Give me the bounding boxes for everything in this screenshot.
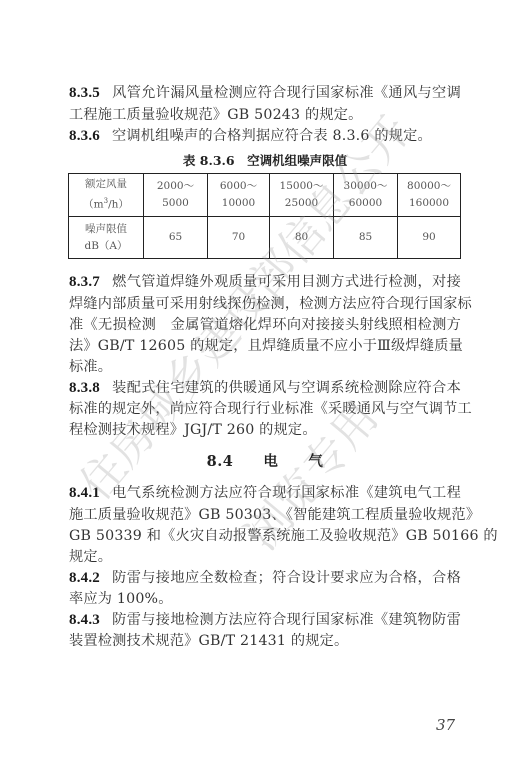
clause-text: 防雷与接地应全数检查；符合设计要求应为合格，合格 (112, 570, 461, 586)
clause-text: 电气系统检测方法应符合现行国家标准《建筑电气工程 (112, 485, 461, 501)
unit-pre: （m (83, 199, 103, 211)
clause-8-3-7-line-4: 法》GB/T 12605 的规定，且焊缝质量不应小于Ⅲ级焊缝质量 (69, 335, 461, 357)
table-caption: 表 8.3.6 空调机组噪声限值 (69, 151, 461, 169)
clause-number: 8.4.1 (69, 485, 100, 501)
table-header-noise: 噪声限值 dB（A） (69, 217, 144, 259)
section-number: 8.4 (207, 453, 234, 470)
table-cell: 70 (208, 217, 270, 259)
clause-number: 8.3.8 (69, 380, 100, 396)
clause-number: 8.3.7 (69, 274, 100, 290)
table-cell: 85 (334, 217, 398, 259)
cell-line: 60000 (334, 195, 397, 212)
table-cell: 2000～5000 (144, 174, 208, 217)
clause-8-4-1-line-1: 8.4.1电气系统检测方法应符合现行国家标准《建筑电气工程 (69, 482, 461, 504)
table-cell: 90 (398, 217, 461, 259)
clause-number: 8.4.3 (69, 612, 100, 628)
clause-8-4-1-line-2: 施工质量验收规范》GB 50303、《智能建筑工程质量验收规范》 (69, 504, 461, 526)
clause-text: 燃气管道焊缝外观质量可采用目测方式进行检测，对接 (112, 274, 461, 290)
cell-line: 6000～ (208, 178, 269, 195)
clause-number: 8.3.6 (69, 128, 100, 144)
clause-8-3-6-line-1: 8.3.6空调机组噪声的合格判据应符合表 8.3.6 的规定。 (69, 125, 461, 147)
clause-8-3-7-line-2: 焊缝内部质量可采用射线探伤检测，检测方法应符合现行国家标 (69, 293, 461, 315)
clause-8-4-3-line-1: 8.4.3防雷与接地检测方法应符合现行国家标准《建筑物防雷 (69, 609, 461, 631)
clause-number: 8.3.5 (69, 85, 100, 101)
table-cell: 80000～160000 (398, 174, 461, 217)
cell-line: 25000 (270, 195, 333, 212)
cell-line: 160000 (398, 195, 460, 212)
clause-number: 8.4.2 (69, 570, 100, 586)
clause-8-3-5-line-2: 工程施工质量验收规范》GB 50243 的规定。 (69, 104, 461, 126)
clause-8-4-2-line-2: 率应为 100%。 (69, 588, 461, 610)
clause-8-4-3-line-2: 装置检测技术规范》GB/T 21431 的规定。 (69, 630, 461, 652)
clause-8-3-7-line-5: 标准。 (69, 356, 461, 378)
clause-text: 空调机组噪声的合格判据应符合表 8.3.6 的规定。 (112, 128, 432, 144)
header-label: 额定风量 (69, 176, 143, 193)
clause-8-3-8-line-3: 程检测技术规程》JGJ/T 260 的规定。 (69, 419, 461, 441)
clause-text: 防雷与接地检测方法应符合现行国家标准《建筑物防雷 (112, 612, 461, 628)
section-title: 8.4电气 (69, 450, 461, 471)
clause-8-3-7-line-3: 准《无损检测 金属管道熔化焊环向对接接头射线照相检测方 (69, 314, 461, 336)
table-cell: 80 (270, 217, 334, 259)
noise-limit-table: 额定风量 （m3/h） 2000～5000 6000～10000 15000～2… (68, 173, 461, 259)
clause-text: 风管允许漏风量检测应符合现行国家标准《通风与空调 (112, 85, 461, 101)
clause-8-4-2-line-1: 8.4.2防雷与接地应全数检查；符合设计要求应为合格，合格 (69, 567, 461, 589)
table-cell: 15000～25000 (270, 174, 334, 217)
table-row-noise: 噪声限值 dB（A） 65 70 80 85 90 (69, 217, 461, 259)
header-label: 噪声限值 (69, 221, 143, 238)
table-cell: 65 (144, 217, 208, 259)
clause-text: 装配式住宅建筑的供暖通风与空调系统检测除应符合本 (112, 380, 461, 396)
clause-8-3-8-line-1: 8.3.8装配式住宅建筑的供暖通风与空调系统检测除应符合本 (69, 377, 461, 399)
cell-line: 10000 (208, 195, 269, 212)
table-header-airflow: 额定风量 （m3/h） (69, 174, 144, 217)
clause-8-4-1-line-4: 规定。 (69, 546, 461, 568)
clause-8-4-1-line-3: GB 50339 和《火灾自动报警系统施工及验收规范》GB 50166 的 (69, 525, 461, 547)
header-unit: dB（A） (69, 238, 143, 255)
section-title-part: 电 (263, 453, 278, 470)
clause-8-3-7-line-1: 8.3.7燃气管道焊缝外观质量可采用目测方式进行检测，对接 (69, 271, 461, 293)
cell-line: 30000～ (334, 178, 397, 195)
cell-line: 15000～ (270, 178, 333, 195)
clause-8-3-8-line-2: 标准的规定外，尚应符合现行行业标准《采暖通风与空气调节工 (69, 398, 461, 420)
unit-post: /h） (108, 199, 129, 211)
table-cell: 30000～60000 (334, 174, 398, 217)
clause-8-3-5-line-1: 8.3.5风管允许漏风量检测应符合现行国家标准《通风与空调 (69, 82, 461, 104)
cell-line: 2000～5000 (144, 178, 207, 212)
document-page: 8.3.5风管允许漏风量检测应符合现行国家标准《通风与空调 工程施工质量验收规范… (0, 0, 529, 766)
page-number: 37 (436, 716, 455, 734)
header-unit: （m3/h） (69, 193, 143, 214)
table-row-airflow: 额定风量 （m3/h） 2000～5000 6000～10000 15000～2… (69, 174, 461, 217)
cell-line: 80000～ (398, 178, 460, 195)
section-title-part: 气 (308, 453, 323, 470)
table-cell: 6000～10000 (208, 174, 270, 217)
